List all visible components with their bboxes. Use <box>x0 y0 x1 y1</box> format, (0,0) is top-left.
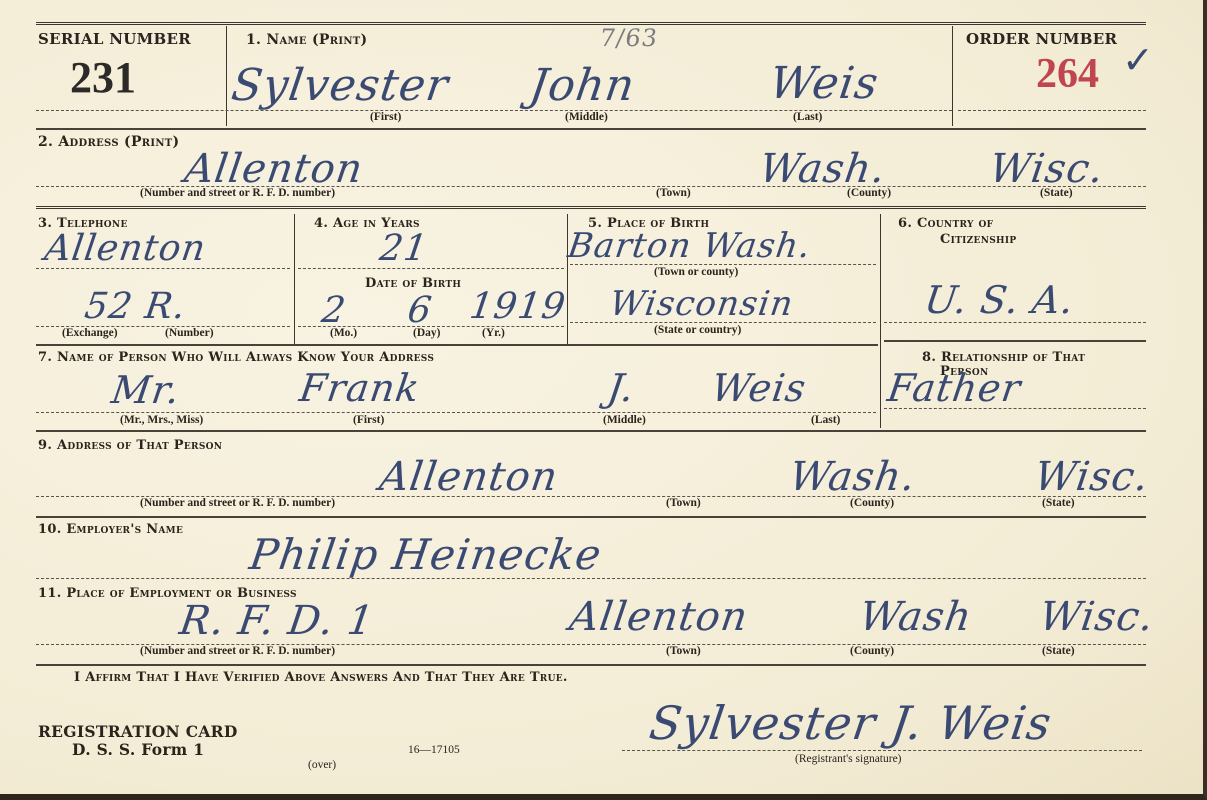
sub-number: (Number) <box>165 327 214 339</box>
employer-line <box>36 578 1146 579</box>
employer-label: 10. Employer's Name <box>38 522 183 537</box>
citizenship-line <box>884 322 1146 323</box>
sub-town: (Town) <box>666 645 701 657</box>
card-title: REGISTRATION CARD <box>38 722 238 741</box>
registrant-signature: Sylvester J. Weis <box>646 696 1055 750</box>
citizenship-label: 6. Country of <box>898 216 993 231</box>
registration-card: 7/63 SERIAL NUMBER 231 1. Name (Print) S… <box>0 0 1207 800</box>
name-label: 1. Name (Print) <box>246 32 367 48</box>
employment-county: Wash <box>857 594 975 640</box>
name-last: Weis <box>766 58 881 109</box>
relationship-line <box>884 408 1146 409</box>
over-text: (over) <box>308 759 336 771</box>
address-label: 2. Address (Print) <box>38 134 179 150</box>
divider <box>952 26 953 126</box>
place-of-birth-town: Barton Wash. <box>565 226 813 266</box>
signature-label: (Registrant's signature) <box>795 753 902 765</box>
divider <box>567 214 568 344</box>
age-value: 21 <box>377 228 431 269</box>
contact-middle: J. <box>605 366 638 410</box>
citizenship-value: U. S. A. <box>922 278 1077 322</box>
sub-county: (County) <box>850 645 894 657</box>
relationship-value: Father <box>885 366 1024 410</box>
section-rule <box>36 344 878 346</box>
sub-town: (Town) <box>656 187 691 199</box>
signature-line <box>622 750 1142 751</box>
place-of-birth-state: Wisconsin <box>607 284 796 324</box>
section-rule <box>36 430 1146 432</box>
sub-last: (Last) <box>793 111 822 123</box>
contact-address-county: Wash. <box>787 454 919 500</box>
contact-first: Frank <box>297 366 423 410</box>
employment-street: R. F. D. 1 <box>177 598 377 644</box>
sub-state: (State) <box>1040 187 1073 199</box>
order-line <box>958 110 1146 111</box>
sub-first: (First) <box>353 414 384 426</box>
sub-yr: (Yr.) <box>482 327 505 339</box>
contact-person-label: 7. Name of Person Who Will Always Know Y… <box>38 350 434 365</box>
dob-year: 1919 <box>467 286 568 327</box>
section-rule <box>36 128 1146 130</box>
section-rule <box>36 664 1146 666</box>
divider <box>294 214 295 344</box>
check-mark-icon: ✓ <box>1122 38 1155 82</box>
name-first: Sylvester <box>228 60 451 111</box>
divider <box>880 214 881 428</box>
sub-title: (Mr., Mrs., Miss) <box>120 414 203 426</box>
contact-title: Mr. <box>109 368 183 412</box>
dob-day: 6 <box>405 290 435 331</box>
telephone-line <box>36 268 290 269</box>
top-rule <box>36 22 1146 25</box>
relationship-label: 8. Relationship of That <box>922 350 1085 365</box>
sub-town: (Town) <box>666 497 701 509</box>
pob-line-2 <box>570 322 876 323</box>
sub-town-county: (Town or county) <box>654 266 738 278</box>
contact-last: Weis <box>709 366 809 410</box>
sub-state: (State) <box>1042 497 1075 509</box>
pob-line <box>570 264 876 265</box>
sub-mo: (Mo.) <box>330 327 357 339</box>
serial-number-label: SERIAL NUMBER <box>38 30 191 48</box>
employer-value: Philip Heinecke <box>247 530 605 579</box>
telephone-number: 52 R. <box>82 286 189 327</box>
sub-day: (Day) <box>413 327 440 339</box>
sub-state-country: (State or country) <box>654 324 741 336</box>
citizenship-label-2: Citizenship <box>940 232 1016 247</box>
order-number: 264 <box>1036 50 1099 98</box>
contact-address-state: Wisc. <box>1032 454 1152 500</box>
contact-address-town: Allenton <box>377 454 561 500</box>
sub-street: (Number and street or R. F. D. number) <box>140 187 335 199</box>
serial-number: 231 <box>70 52 136 103</box>
sub-street: (Number and street or R. F. D. number) <box>140 497 335 509</box>
print-code: 16—17105 <box>408 744 460 756</box>
employment-town: Allenton <box>567 594 751 640</box>
divider <box>226 26 227 126</box>
employment-state: Wisc. <box>1037 594 1157 640</box>
sub-first: (First) <box>370 111 401 123</box>
order-number-label: ORDER NUMBER <box>966 30 1117 48</box>
dob-label: Date of Birth <box>365 276 461 291</box>
sub-exchange: (Exchange) <box>62 327 118 339</box>
dob-month: 2 <box>319 290 349 331</box>
name-middle: John <box>526 60 638 111</box>
sub-county: (County) <box>850 497 894 509</box>
sub-middle: (Middle) <box>565 111 608 123</box>
contact-line <box>36 412 876 413</box>
affirmation-text: I Affirm That I Have Verified Above Answ… <box>74 670 568 685</box>
age-line <box>298 268 564 269</box>
sub-last: (Last) <box>811 414 840 426</box>
sub-county: (County) <box>847 187 891 199</box>
sub-middle: (Middle) <box>603 414 646 426</box>
section-rule <box>884 340 1146 342</box>
form-id: D. S. S. Form 1 <box>72 740 204 759</box>
contact-address-label: 9. Address of That Person <box>38 438 222 453</box>
pencil-note: 7/63 <box>598 24 660 52</box>
sub-street: (Number and street or R. F. D. number) <box>140 645 335 657</box>
section-rule <box>36 516 1146 518</box>
section-rule <box>36 206 1146 209</box>
telephone-exchange: Allenton <box>42 228 209 269</box>
sub-state: (State) <box>1042 645 1075 657</box>
